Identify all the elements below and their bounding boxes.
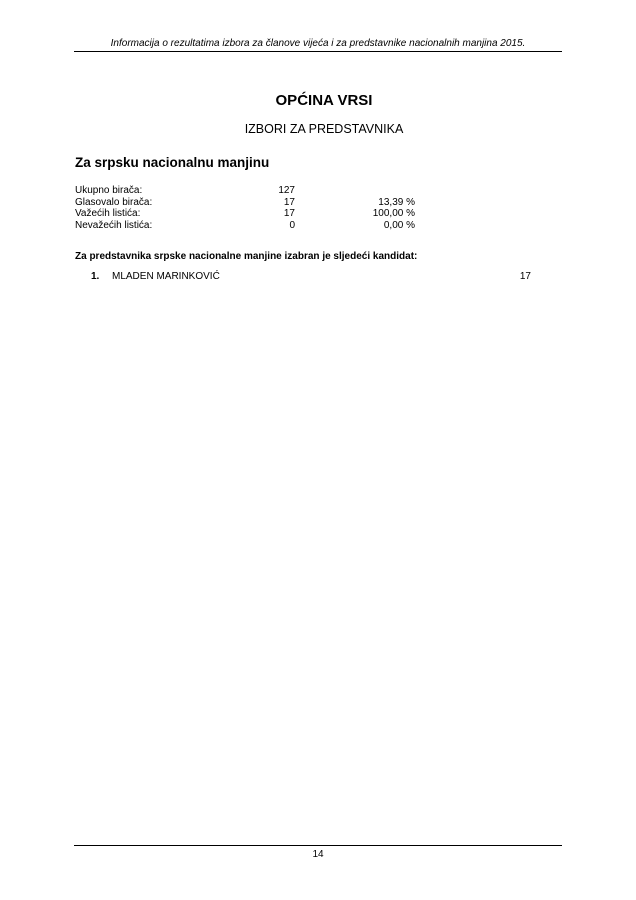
- candidate-name: MLADEN MARINKOVIĆ: [112, 271, 220, 282]
- stat-label: Glasovalo birača:: [75, 197, 152, 209]
- page-number: 14: [74, 849, 562, 860]
- stat-value: 17: [284, 208, 295, 220]
- section-heading: Za srpsku nacionalnu manjinu: [75, 155, 269, 170]
- elected-candidate-heading: Za predstavnika srpske nacionalne manjin…: [75, 251, 417, 262]
- stat-percent: 100,00 %: [373, 208, 415, 220]
- footer-divider: [74, 845, 562, 846]
- candidate-votes: 17: [520, 271, 531, 282]
- document-header: Informacija o rezultatima izbora za član…: [74, 38, 562, 49]
- header-divider: [74, 51, 562, 52]
- election-title: IZBORI ZA PREDSTAVNIKA: [80, 122, 568, 136]
- stat-label: Ukupno birača:: [75, 185, 142, 197]
- statistics-table: Ukupno birača: 127 Glasovalo birača: 17 …: [75, 185, 415, 231]
- stat-value: 17: [284, 197, 295, 209]
- municipality-title: OPĆINA VRSI: [80, 92, 568, 109]
- stat-label: Nevažećih listića:: [75, 220, 152, 232]
- stat-row-total-voters: Ukupno birača: 127: [75, 185, 415, 197]
- stat-row-voted: Glasovalo birača: 17 13,39 %: [75, 197, 415, 209]
- candidate-number: 1.: [91, 271, 99, 282]
- stat-row-invalid-ballots: Nevažećih listića: 0 0,00 %: [75, 220, 415, 232]
- stat-percent: 13,39 %: [378, 197, 415, 209]
- stat-value: 0: [289, 220, 295, 232]
- stat-row-valid-ballots: Važećih listića: 17 100,00 %: [75, 208, 415, 220]
- stat-value: 127: [278, 185, 295, 197]
- stat-label: Važećih listića:: [75, 208, 140, 220]
- stat-percent: 0,00 %: [384, 220, 415, 232]
